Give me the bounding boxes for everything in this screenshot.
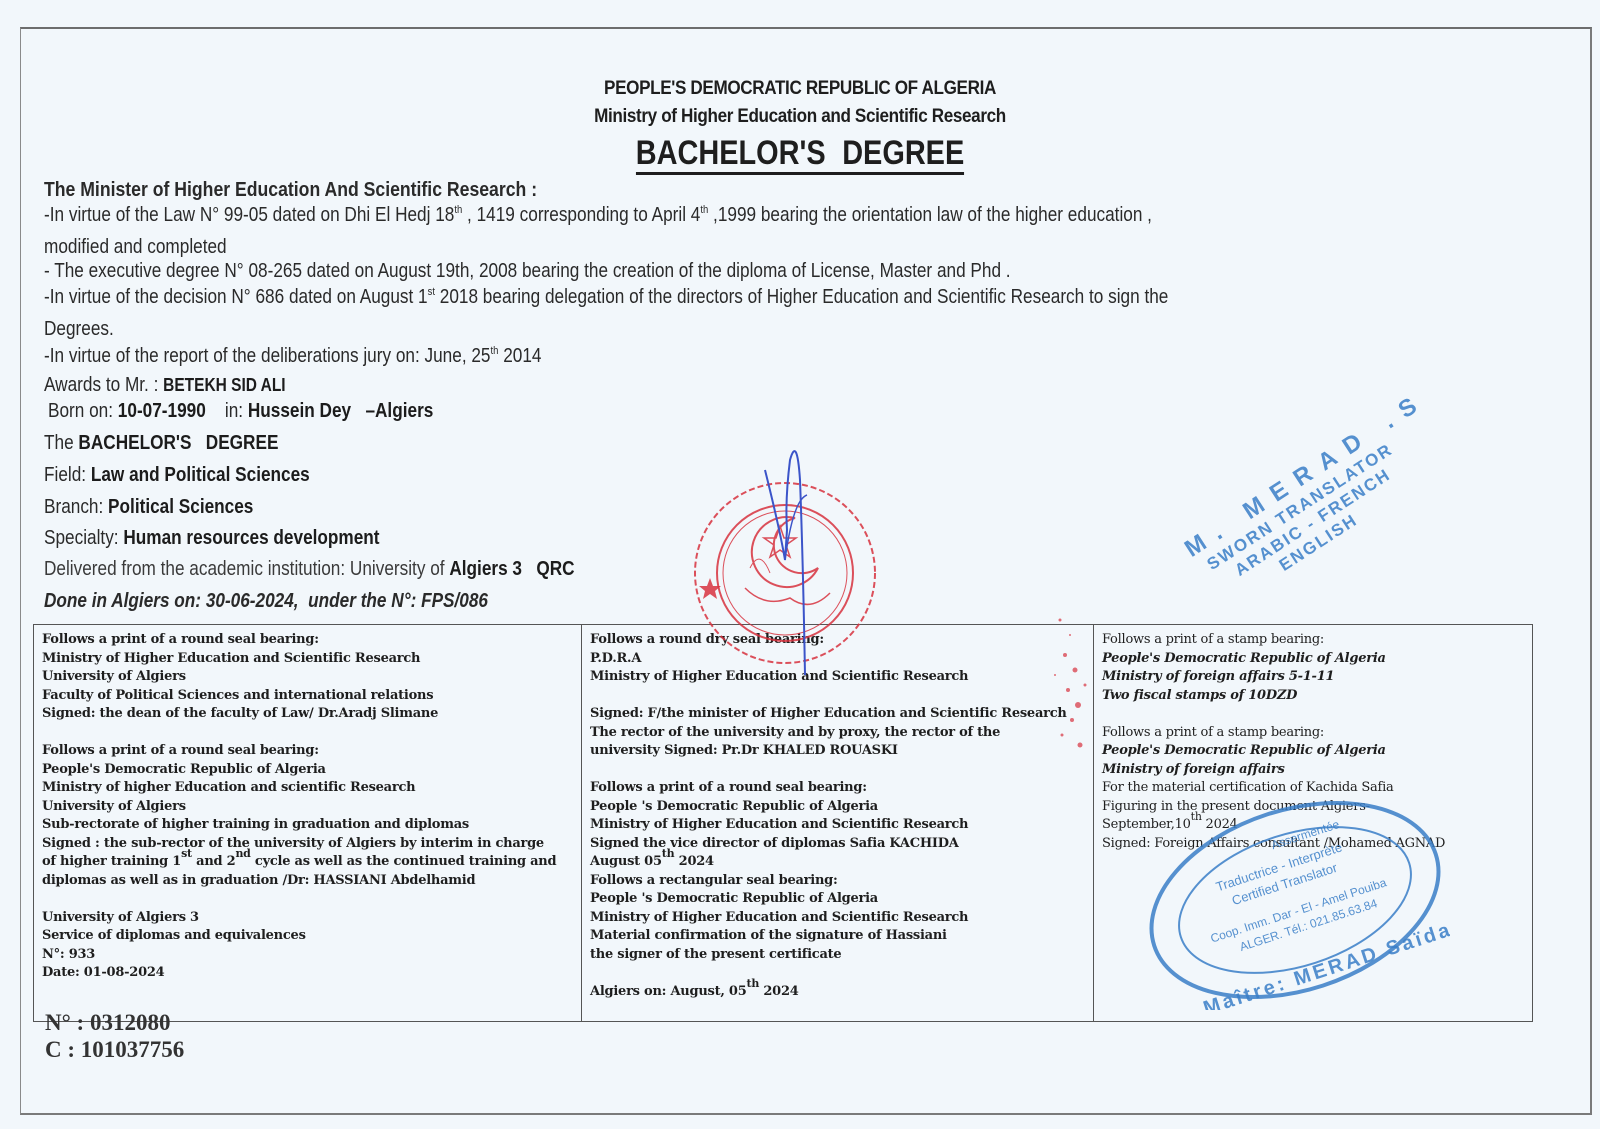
certification-line: Follows a print of a round seal bearing: — [42, 631, 573, 650]
certification-line: Ministry of Higher Education and Scienti… — [590, 816, 1085, 835]
certification-line: Follows a print of a stamp bearing: — [1102, 631, 1524, 650]
law-3: -In virtue of the decision N° 686 dated … — [44, 286, 1168, 309]
certification-line: University of Algiers — [42, 668, 573, 687]
law-1-continued: modified and completed — [44, 236, 227, 259]
certification-line: The rector of the university and by prox… — [590, 724, 1085, 743]
recipient-name: BETEKH SID ALI — [163, 375, 285, 395]
document-number: N° : 0312080 — [45, 1010, 170, 1036]
specialty-label: Specialty: — [44, 527, 123, 549]
certification-line: August 05th 2024 — [590, 853, 1085, 872]
awards-label: Awards to Mr. : — [44, 374, 163, 396]
field-label: Field: — [44, 464, 91, 486]
field-line: Field: Law and Political Sciences — [44, 464, 310, 487]
birth-place: Hussein Dey — [248, 400, 351, 422]
certification-line: Material confirmation of the signature o… — [590, 927, 1085, 946]
degree-prefix: The — [44, 432, 78, 454]
law-3-continued: Degrees. — [44, 318, 114, 341]
certification-line: People's Democratic Republic of Algeria — [1102, 650, 1524, 669]
specialty-value: Human resources development — [123, 527, 379, 549]
certification-line: N°: 933 — [42, 946, 573, 965]
institution-label: Delivered from the academic institution:… — [44, 558, 449, 580]
certification-line: the signer of the present certificate — [590, 946, 1085, 965]
certification-line — [590, 964, 1085, 983]
branch-label: Branch: — [44, 496, 108, 518]
certification-line: diplomas as well as in graduation /Dr: H… — [42, 872, 573, 891]
certification-line: Ministry of Higher Education and Scienti… — [590, 668, 1085, 687]
certification-line — [42, 890, 573, 909]
certification-line: Two fiscal stamps of 10DZD — [1102, 687, 1524, 706]
certification-line — [42, 724, 573, 743]
certification-line — [590, 761, 1085, 780]
born-in-label: in: — [206, 400, 248, 422]
certification-line: People's Democratic Republic of Algeria — [1102, 742, 1524, 761]
country-header: PEOPLE'S DEMOCRATIC REPUBLIC OF ALGERIA — [80, 78, 1520, 100]
document-title-text: BACHELOR'S DEGREE — [636, 134, 964, 175]
certification-line: Service of diplomas and equivalences — [42, 927, 573, 946]
born-label: Born on: — [48, 400, 118, 422]
law-3-text-a: -In virtue of the decision N° 686 dated … — [44, 286, 428, 308]
law-4: -In virtue of the report of the delibera… — [44, 345, 541, 368]
institution-value: Algiers 3 QRC — [449, 558, 574, 580]
certification-line: Sub-rectorate of higher training in grad… — [42, 816, 573, 835]
certification-line: Signed : the sub-rector of the universit… — [42, 835, 573, 854]
law-1-text-a: -In virtue of the Law N° 99-05 dated on … — [44, 204, 454, 226]
certification-line: Follows a rectangular seal bearing: — [590, 872, 1085, 891]
document-title: BACHELOR'S DEGREE — [120, 134, 1480, 173]
certification-line — [590, 687, 1085, 706]
field-value: Law and Political Sciences — [91, 464, 310, 486]
certification-line: Faculty of Political Sciences and intern… — [42, 687, 573, 706]
birth-info: Born on: 10-07-1990 in: Hussein Dey –Alg… — [48, 400, 433, 423]
certification-line: Date: 01-08-2024 — [42, 964, 573, 983]
certification-line: Follows a print of a round seal bearing: — [590, 779, 1085, 798]
certification-column-2: Follows a round dry seal bearing:P.D.R.A… — [582, 625, 1094, 1021]
birth-date: 10-07-1990 — [118, 400, 206, 422]
certification-line: university Signed: Pr.Dr KHALED ROUASKI — [590, 742, 1085, 761]
institution-line: Delivered from the academic institution:… — [44, 558, 575, 581]
signature-icon — [755, 440, 835, 680]
certification-line: Ministry of Higher Education and Scienti… — [42, 650, 573, 669]
certification-line: Follows a print of a round seal bearing: — [42, 742, 573, 761]
birth-city: –Algiers — [351, 400, 433, 422]
ministry-header: Ministry of Higher Education and Scienti… — [80, 106, 1520, 128]
branch-line: Branch: Political Sciences — [44, 496, 253, 519]
certification-line: Ministry of foreign affairs — [1102, 761, 1524, 780]
translator-oval-stamp-icon: Assermentée Traductrice - Interprète Cer… — [1140, 790, 1450, 1010]
law-4-text-b: 2014 — [498, 345, 541, 367]
certification-line: Signed: the dean of the faculty of Law/ … — [42, 705, 573, 724]
certification-line: University of Algiers — [42, 798, 573, 817]
certification-line: Signed: F/the minister of Higher Educati… — [590, 705, 1085, 724]
law-4-text-a: -In virtue of the report of the delibera… — [44, 345, 491, 367]
law-3-sup: st — [428, 286, 435, 298]
certification-line: People's Democratic Republic of Algeria — [42, 761, 573, 780]
awarded-to: Awards to Mr. : BETEKH SID ALI — [44, 374, 286, 397]
done-line: Done in Algiers on: 30-06-2024, under th… — [44, 590, 488, 613]
red-ink-speckles — [1040, 600, 1100, 760]
certification-line: Follows a print of a stamp bearing: — [1102, 724, 1524, 743]
degree-line: The BACHELOR'S DEGREE — [44, 432, 278, 455]
certification-line: Ministry of foreign affairs 5-1-11 — [1102, 668, 1524, 687]
certification-line: People 's Democratic Republic of Algeria — [590, 890, 1085, 909]
minister-heading: The Minister of Higher Education And Sci… — [44, 178, 537, 202]
certification-line — [1102, 705, 1524, 724]
certification-line: People 's Democratic Republic of Algeria — [590, 798, 1085, 817]
certification-column-1: Follows a print of a round seal bearing:… — [34, 625, 582, 1021]
document-code: C : 101037756 — [45, 1037, 184, 1063]
certification-line: Ministry of higher Education and scienti… — [42, 779, 573, 798]
law-3-text-b: 2018 bearing delegation of the directors… — [435, 286, 1168, 308]
certification-line: Algiers on: August, 05th 2024 — [590, 983, 1085, 1002]
certification-line: of higher training 1st and 2nd cycle as … — [42, 853, 573, 872]
certification-line: Ministry of Higher Education and Scienti… — [590, 909, 1085, 928]
law-1-text-c: ,1999 bearing the orientation law of the… — [708, 204, 1152, 226]
law-1-text-b: , 1419 corresponding to April 4 — [462, 204, 700, 226]
law-2: - The executive degree N° 08-265 dated o… — [44, 260, 1011, 283]
degree-name: BACHELOR'S DEGREE — [78, 432, 278, 454]
law-1: -In virtue of the Law N° 99-05 dated on … — [44, 204, 1152, 227]
branch-value: Political Sciences — [108, 496, 253, 518]
certification-line: University of Algiers 3 — [42, 909, 573, 928]
specialty-line: Specialty: Human resources development — [44, 527, 380, 550]
